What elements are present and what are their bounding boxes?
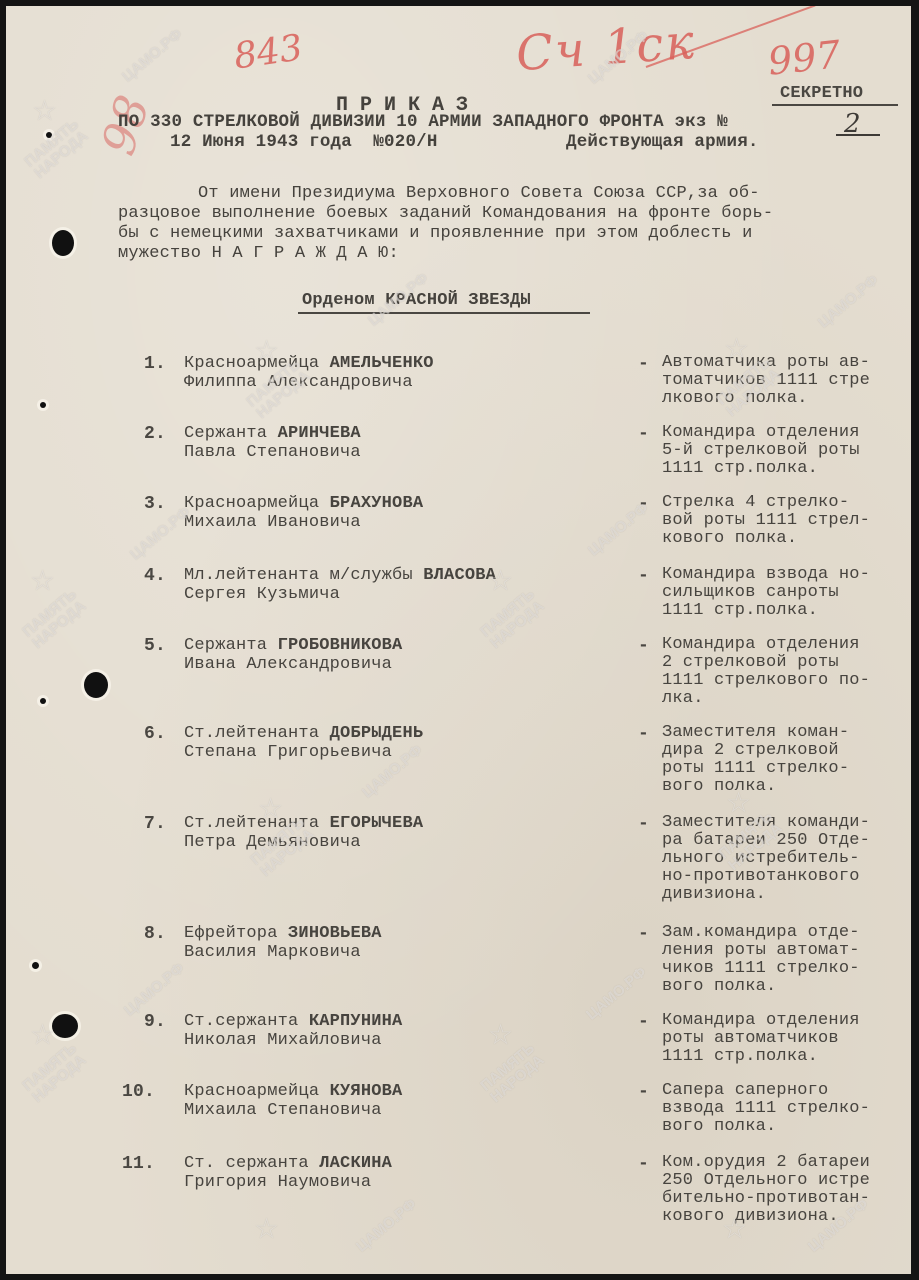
punch-hole bbox=[40, 698, 46, 704]
award-heading-underline bbox=[298, 312, 590, 314]
punch-hole bbox=[52, 1014, 78, 1038]
entry-number: 4. bbox=[144, 566, 166, 586]
recipient-given-names: Николая Михайловича bbox=[184, 1031, 382, 1050]
document-page: Сч 1ск 997 843 98 СЕКРЕТНО ПРИКАЗ ПО 330… bbox=[6, 6, 911, 1274]
entry-number: 11. bbox=[122, 1154, 155, 1174]
entry-position: Стрелка 4 стрелко- вой роты 1111 стрел- … bbox=[662, 494, 870, 548]
entry-position: Заместителя коман- дира 2 стрелковой рот… bbox=[662, 724, 849, 796]
entry-dash: - bbox=[638, 814, 649, 834]
copy-label: экз № bbox=[675, 112, 729, 132]
recipient-surname: АРИНЧЕВА bbox=[278, 424, 361, 443]
archive-watermark: ЦАМО.РФ bbox=[354, 1196, 419, 1254]
entry-recipient: Мл.лейтенанта м/службы ВЛАСОВАСергея Куз… bbox=[184, 566, 496, 604]
archive-watermark: ЦАМО.РФ bbox=[816, 272, 881, 330]
entry-dash: - bbox=[638, 354, 649, 374]
punch-hole bbox=[32, 962, 39, 969]
star-watermark-icon: ☆ bbox=[724, 332, 749, 365]
order-location: Действующая армия. bbox=[566, 132, 759, 152]
entry-dash: - bbox=[638, 424, 649, 444]
star-watermark-icon: ☆ bbox=[722, 1212, 747, 1245]
recipient-given-names: Михаила Ивановича bbox=[184, 513, 361, 532]
entry-dash: - bbox=[638, 566, 649, 586]
entry-position: Зам.командира отде- ления роты автомат- … bbox=[662, 924, 860, 996]
classification-underline bbox=[772, 104, 898, 106]
issuer-text: ПО 330 СТРЕЛКОВОЙ ДИВИЗИИ 10 АРМИИ ЗАПАД… bbox=[118, 112, 664, 132]
recipient-rank: Сержанта bbox=[184, 424, 267, 443]
recipient-rank: Ефрейтора bbox=[184, 924, 278, 943]
entry-recipient: Красноармейца АМЕЛЬЧЕНКОФилиппа Александ… bbox=[184, 354, 434, 392]
punch-hole bbox=[52, 230, 74, 256]
star-watermark-icon: ☆ bbox=[488, 564, 513, 597]
entry-recipient: Красноармейца КУЯНОВАМихаила Степановича bbox=[184, 1082, 402, 1120]
recipient-given-names: Ивана Александровича bbox=[184, 655, 392, 674]
classification-stamp: СЕКРЕТНО bbox=[780, 84, 863, 103]
recipient-rank: Сержанта bbox=[184, 636, 267, 655]
intro-paragraph-first-line: От имени Президиума Верховного Совета Со… bbox=[198, 184, 760, 204]
order-date: 12 Июня 1943 года bbox=[170, 132, 352, 152]
entry-position: Командира отделения роты автоматчиков 11… bbox=[662, 1012, 860, 1066]
entry-number: 6. bbox=[144, 724, 166, 744]
recipient-rank: Ст.сержанта bbox=[184, 1012, 298, 1031]
archive-watermark: ЦАМО.РФ bbox=[586, 500, 651, 558]
entry-dash: - bbox=[638, 1154, 649, 1174]
recipient-rank: Ст. сержанта bbox=[184, 1154, 309, 1173]
star-watermark-icon: ☆ bbox=[488, 1018, 513, 1051]
recipient-surname: АМЕЛЬЧЕНКО bbox=[330, 354, 434, 373]
entry-number: 7. bbox=[144, 814, 166, 834]
recipient-surname: БРАХУНОВА bbox=[330, 494, 424, 513]
entry-recipient: Ст.лейтенанта ДОБРЫДЕНЬСтепана Григорьев… bbox=[184, 724, 423, 762]
entry-number: 3. bbox=[144, 494, 166, 514]
recipient-given-names: Степана Григорьевича bbox=[184, 743, 392, 762]
entry-recipient: Сержанта ГРОБОВНИКОВАИвана Александрович… bbox=[184, 636, 402, 674]
recipient-surname: ДОБРЫДЕНЬ bbox=[330, 724, 424, 743]
recipient-given-names: Павла Степановича bbox=[184, 443, 361, 462]
recipient-surname: ЛАСКИНА bbox=[319, 1154, 392, 1173]
recipient-surname: ЗИНОВЬЕВА bbox=[288, 924, 382, 943]
star-watermark-icon: ☆ bbox=[32, 94, 57, 127]
order-number: №020/Н bbox=[373, 132, 437, 152]
order-date-line: 12 Июня 1943 года №020/НДействующая арми… bbox=[170, 132, 438, 152]
recipient-given-names: Михаила Степановича bbox=[184, 1101, 382, 1120]
entry-dash: - bbox=[638, 636, 649, 656]
entry-dash: - bbox=[638, 1082, 649, 1102]
recipient-surname: ЕГОРЫЧЕВА bbox=[330, 814, 424, 833]
star-watermark-icon: ☆ bbox=[726, 786, 751, 819]
star-watermark-icon: ☆ bbox=[258, 792, 283, 825]
recipient-given-names: Василия Марковича bbox=[184, 943, 361, 962]
entry-recipient: Красноармейца БРАХУНОВАМихаила Ивановича bbox=[184, 494, 423, 532]
recipient-rank: Красноармейца bbox=[184, 1082, 319, 1101]
entry-position: Сапера саперного взвода 1111 стрелко- во… bbox=[662, 1082, 870, 1136]
recipient-rank: Мл.лейтенанта м/службы bbox=[184, 566, 413, 585]
entry-number: 2. bbox=[144, 424, 166, 444]
star-watermark-icon: ☆ bbox=[254, 334, 279, 367]
entry-number: 9. bbox=[144, 1012, 166, 1032]
entry-dash: - bbox=[638, 924, 649, 944]
archive-watermark: ЦАМО.РФ bbox=[122, 960, 187, 1018]
punch-hole bbox=[84, 672, 108, 698]
recipient-surname: КАРПУНИНА bbox=[309, 1012, 403, 1031]
recipient-rank: Красноармейца bbox=[184, 494, 319, 513]
recipient-rank: Ст.лейтенанта bbox=[184, 724, 319, 743]
handwritten-annotation: 997 bbox=[766, 32, 843, 83]
handwritten-annotation: 843 bbox=[231, 27, 305, 77]
entry-position: Командира отделения 5-й стрелковой роты … bbox=[662, 424, 860, 478]
entry-number: 5. bbox=[144, 636, 166, 656]
recipient-surname: ГРОБОВНИКОВА bbox=[278, 636, 403, 655]
star-watermark-icon: ☆ bbox=[30, 564, 55, 597]
entry-number: 8. bbox=[144, 924, 166, 944]
entry-recipient: Ст.сержанта КАРПУНИНАНиколая Михайловича bbox=[184, 1012, 402, 1050]
recipient-given-names: Григория Наумовича bbox=[184, 1173, 371, 1192]
recipient-surname: ВЛАСОВА bbox=[423, 566, 496, 585]
copy-number-underline bbox=[836, 134, 880, 136]
entry-position: Командира отделения 2 стрелковой роты 11… bbox=[662, 636, 870, 708]
recipient-given-names: Сергея Кузьмича bbox=[184, 585, 340, 604]
punch-hole bbox=[40, 402, 46, 408]
entry-recipient: Ст. сержанта ЛАСКИНАГригория Наумовича bbox=[184, 1154, 392, 1192]
entry-dash: - bbox=[638, 1012, 649, 1032]
entry-dash: - bbox=[638, 724, 649, 744]
entry-number: 10. bbox=[122, 1082, 155, 1102]
recipient-surname: КУЯНОВА bbox=[330, 1082, 403, 1101]
archive-watermark: ЦАМО.РФ bbox=[120, 26, 185, 84]
star-watermark-icon: ☆ bbox=[30, 1018, 55, 1051]
order-issuer: ПО 330 СТРЕЛКОВОЙ ДИВИЗИИ 10 АРМИИ ЗАПАД… bbox=[118, 112, 728, 132]
star-watermark-icon: ☆ bbox=[254, 1212, 279, 1245]
intro-paragraph: разцовое выполнение боевых заданий Коман… bbox=[118, 204, 773, 264]
entry-recipient: Сержанта АРИНЧЕВАПавла Степановича bbox=[184, 424, 361, 462]
entry-position: Командира взвода но- сильщиков санроты 1… bbox=[662, 566, 870, 620]
entry-number: 1. bbox=[144, 354, 166, 374]
entry-recipient: Ефрейтора ЗИНОВЬЕВАВасилия Марковича bbox=[184, 924, 382, 962]
